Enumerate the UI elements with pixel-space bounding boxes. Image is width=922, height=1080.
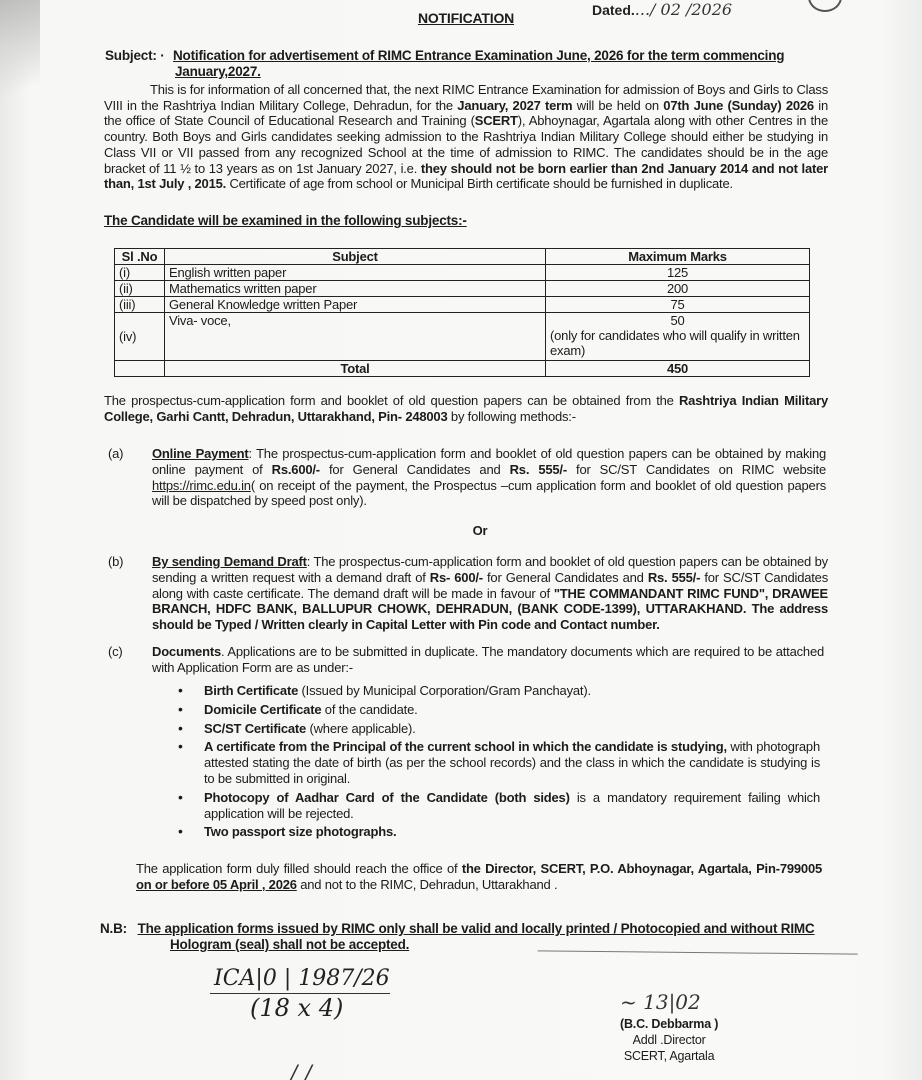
method-demand-draft: (b) By sending Demand Draft: The prospec… (152, 554, 828, 633)
table-row: (i) English written paper 125 (115, 265, 810, 281)
list-item: SC/ST Certificate (where applicable). (178, 721, 820, 737)
document-detail: (Issued by Municipal Corporation/Gram Pa… (298, 683, 591, 698)
cell-marks: 200 (546, 281, 810, 297)
method-online-payment: (a) Online Payment: The prospectus-cum-a… (152, 446, 826, 509)
intro-text: will be held on (572, 98, 663, 113)
list-item: Birth Certificate (Issued by Municipal C… (178, 683, 820, 699)
fee-scst: Rs. 555/- (648, 570, 700, 585)
method-text: . Applications are to be submitted in du… (152, 644, 824, 675)
prospectus-paragraph: The prospectus-cum-application form and … (104, 393, 828, 424)
intro-text: Certificate of age from school or Munici… (226, 176, 733, 191)
method-heading: Online Payment (152, 446, 248, 461)
col-header-marks: Maximum Marks (546, 249, 810, 265)
exam-subjects-heading: The Candidate will be examined in the fo… (104, 213, 467, 228)
method-text: for General Candidates and (483, 570, 648, 585)
handwritten-bottom-mark: / / (290, 1062, 312, 1080)
submission-paragraph: The application form duly filled should … (136, 861, 822, 892)
scert-address: the Director, SCERT, P.O. Abhoynagar, Ag… (462, 861, 822, 876)
document-name: Photocopy of Aadhar Card of the Candidat… (204, 790, 570, 805)
cell-slno: (ii) (115, 281, 165, 297)
cell-marks: 125 (546, 265, 810, 281)
item-marker: (a) (108, 446, 123, 462)
total-value: 450 (546, 361, 810, 377)
item-marker: (b) (108, 554, 123, 570)
or-separator: Or (0, 523, 922, 538)
cell-slno: (iv) (115, 313, 165, 361)
col-header-slno: Sl .No (115, 249, 165, 265)
handwritten-reference: ICA|0 | 1987/26 (18 x 4) (210, 966, 390, 1022)
method-heading: Documents (152, 644, 221, 659)
table-header-row: Sl .No Subject Maximum Marks (115, 249, 810, 265)
marks-table: Sl .No Subject Maximum Marks (i) English… (114, 248, 810, 377)
nb-text-2: Hologram (seal) shall not be accepted. (100, 937, 830, 953)
cell-marks: 75 (546, 297, 810, 313)
required-documents-list: Birth Certificate (Issued by Municipal C… (178, 683, 820, 843)
subject-line: Subject: ·Notification for advertisement… (105, 48, 835, 80)
subject-label: Subject: · (105, 48, 173, 64)
term-highlight: January, 2027 term (457, 98, 572, 113)
viva-marks: 50 (670, 313, 684, 328)
total-label: Total (165, 361, 546, 377)
document-name: Domicile Certificate (204, 702, 321, 717)
cell-subject: General Knowledge written Paper (165, 297, 546, 313)
signatory-office: SCERT, Agartala (620, 1048, 718, 1064)
prospectus-text: The prospectus-cum-application form and … (104, 393, 679, 408)
cell-marks: 50 (only for candidates who will qualify… (546, 313, 810, 361)
method-documents: (c) Documents. Applications are to be su… (152, 644, 824, 676)
list-item: Photocopy of Aadhar Card of the Candidat… (178, 790, 820, 822)
nb-label: N.B: (100, 921, 134, 937)
page-title: NOTIFICATION (0, 10, 922, 26)
table-total-row: Total 450 (115, 361, 810, 377)
subject-text-2: January,2027. (105, 64, 835, 80)
handwritten-copies: (18 x 4) (210, 994, 390, 1022)
scert-highlight: SCERT (475, 113, 518, 128)
col-header-subject: Subject (165, 249, 546, 265)
prospectus-text: by following methods:- (448, 409, 576, 424)
document-detail: (where applicable). (306, 721, 415, 736)
table-row: (iv) Viva- voce, 50 (only for candidates… (115, 313, 810, 361)
rimc-website-link[interactable]: https://rimc.edu.in (152, 478, 251, 493)
document-page: Dated..../ 02 /2026 NOTIFICATION Subject… (0, 0, 922, 1080)
cell-subject: English written paper (165, 265, 546, 281)
handwritten-ref-number: ICA|0 | 1987/26 (210, 966, 390, 994)
fee-general: Rs.600/- (272, 462, 320, 477)
item-marker: (c) (108, 644, 123, 660)
viva-note: (only for candidates who will qualify in… (550, 328, 805, 358)
method-text: for General Candidates and (320, 462, 510, 477)
table-row: (ii) Mathematics written paper 200 (115, 281, 810, 297)
fee-general: Rs- 600/- (430, 570, 483, 585)
document-name: Birth Certificate (204, 683, 298, 698)
nb-text-1: The application forms issued by RIMC onl… (138, 921, 815, 936)
cell-slno: (iii) (115, 297, 165, 313)
submission-text: and not to the RIMC, Dehradun, Uttarakha… (297, 877, 558, 892)
document-name: A certificate from the Principal of the … (204, 739, 727, 754)
method-text: ( on receipt of the payment, the Prospec… (152, 478, 826, 509)
intro-paragraph: This is for information of all concerned… (104, 82, 828, 192)
list-item: Domicile Certificate of the candidate. (178, 702, 820, 718)
cell-empty (115, 361, 165, 377)
cell-slno: (i) (115, 265, 165, 281)
list-item: Two passport size photographs. (178, 824, 820, 840)
signatory-designation: Addl .Director (620, 1032, 718, 1048)
signature-scrawl: ~ 13|02 (620, 990, 701, 1014)
signatory-name: (B.C. Debbarma ) (620, 1016, 718, 1032)
nota-bene: N.B: The application forms issued by RIM… (100, 921, 830, 953)
document-name: Two passport size photographs. (204, 824, 396, 839)
submission-deadline: on or before 05 April , 2026 (136, 877, 297, 892)
document-detail: of the candidate. (321, 702, 417, 717)
cell-subject: Viva- voce, (165, 313, 546, 361)
table-row: (iii) General Knowledge written Paper 75 (115, 297, 810, 313)
list-item: A certificate from the Principal of the … (178, 739, 820, 786)
method-heading: By sending Demand Draft (152, 554, 307, 569)
method-text: for SC/ST Candidates on RIMC website (567, 462, 826, 477)
exam-date: 07th June (Sunday) 2026 (663, 98, 814, 113)
document-name: SC/ST Certificate (204, 721, 306, 736)
signatory-block: (B.C. Debbarma ) Addl .Director SCERT, A… (620, 1016, 718, 1064)
submission-text: The application form duly filled should … (136, 861, 462, 876)
fee-scst: Rs. 555/- (510, 462, 567, 477)
cell-subject: Mathematics written paper (165, 281, 546, 297)
subject-text-1: Notification for advertisement of RIMC E… (173, 48, 784, 63)
